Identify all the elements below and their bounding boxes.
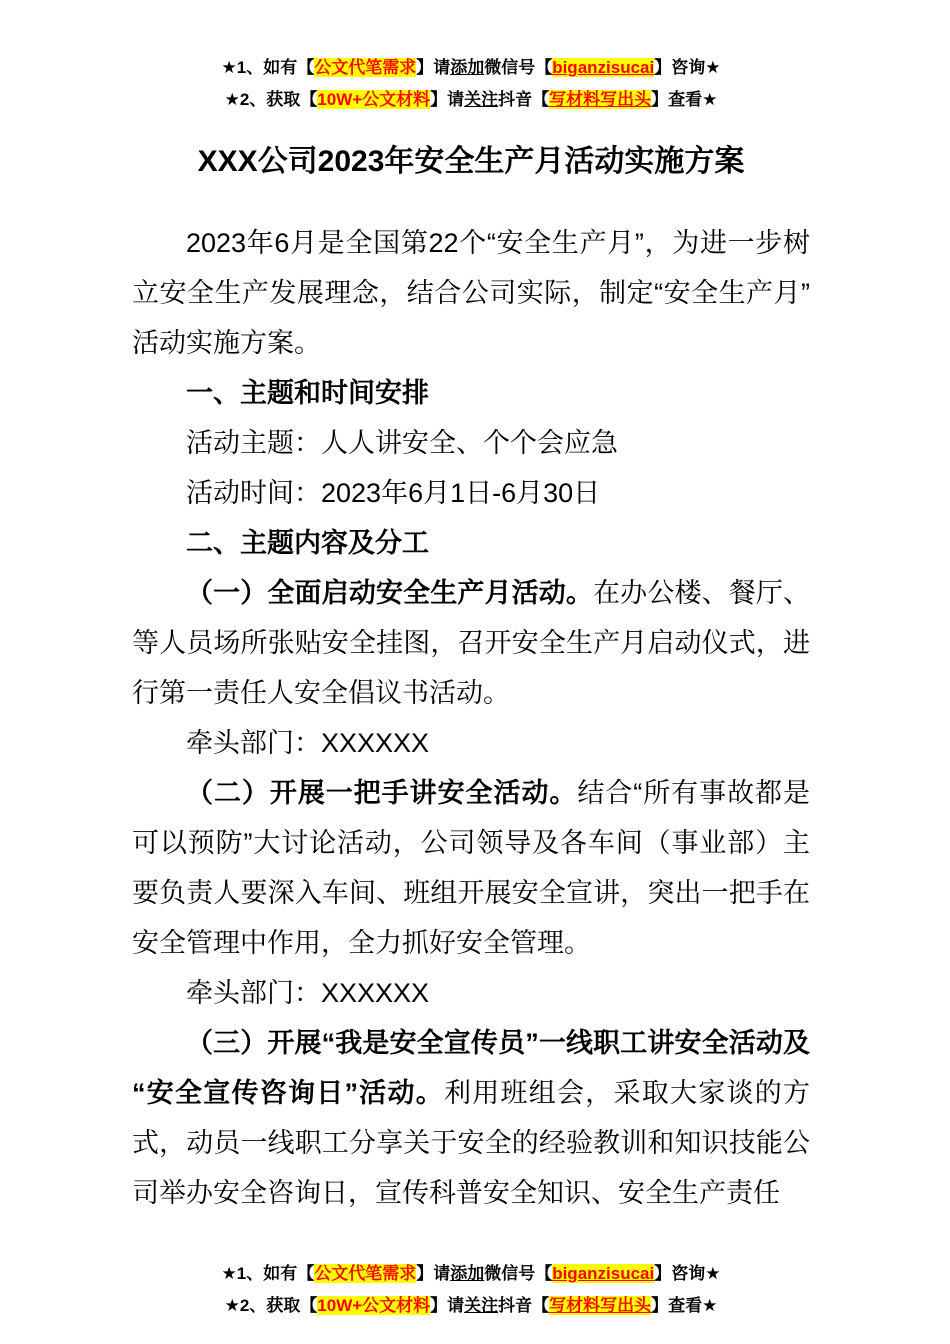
banner-text: 】查看★: [651, 90, 717, 109]
banner-highlight-text: 10W+公文材料: [317, 1296, 430, 1315]
banner-highlight-text: 10W+公文材料: [317, 90, 430, 109]
document-title: XXX公司2023年安全生产月活动实施方案: [132, 142, 810, 182]
item2-lead: （二）开展一把手讲安全活动。: [186, 778, 577, 808]
banner-douyin-id: 写材料写出头: [549, 90, 651, 109]
item3-paragraph: （三）开展“我是安全宣传员”一线职工讲安全活动及“安全宣传咨询日”活动。利用班组…: [132, 1018, 810, 1218]
banner-underlined-text: 添加: [450, 1264, 484, 1283]
banner-text: 】请: [416, 1264, 450, 1283]
banner-wechat-id: biganzisucai: [552, 58, 654, 77]
banner-text: 抖音【: [498, 90, 549, 109]
banner-text: 抖音【: [498, 1296, 549, 1315]
section2-heading: 二、主题内容及分工: [132, 518, 810, 568]
banner-text: 】请: [416, 58, 450, 77]
banner-underlined-text: 添加: [450, 58, 484, 77]
item2-department-line: 牵头部门：XXXXXX: [132, 968, 810, 1018]
banner-top-line-1: ★1、如有【公文代笔需求】请添加微信号【biganzisucai】咨询★: [132, 52, 810, 84]
banner-text: 】查看★: [651, 1296, 717, 1315]
activity-time-line: 活动时间：2023年6月1日-6月30日: [132, 468, 810, 518]
item1-lead: （一）全面启动安全生产月活动。: [186, 578, 593, 608]
banner-wechat-id: biganzisucai: [552, 1264, 654, 1283]
banner-text: 】请: [430, 1296, 464, 1315]
banner-highlight-text: 公文代笔需求: [314, 1264, 416, 1283]
banner-text: 微信号【: [484, 1264, 552, 1283]
banner-text: 】咨询★: [654, 1264, 720, 1283]
section1-heading: 一、主题和时间安排: [132, 368, 810, 418]
banner-highlight-text: 公文代笔需求: [314, 58, 416, 77]
promo-banner-top: ★1、如有【公文代笔需求】请添加微信号【biganzisucai】咨询★ ★2、…: [132, 52, 810, 116]
banner-text: 】咨询★: [654, 58, 720, 77]
intro-paragraph: 2023年6月是全国第22个“安全生产月”，为进一步树立安全生产发展理念，结合公…: [132, 218, 810, 368]
banner-text: ★1、如有【: [222, 1264, 315, 1283]
banner-underlined-text: 关注: [464, 90, 498, 109]
item1-department-line: 牵头部门：XXXXXX: [132, 718, 810, 768]
banner-douyin-id: 写材料写出头: [549, 1296, 651, 1315]
banner-top-line-2: ★2、获取【10W+公文材料】请关注抖音【写材料写出头】查看★: [132, 84, 810, 116]
banner-text: ★2、获取【: [225, 1296, 318, 1315]
banner-bottom-line-1: ★1、如有【公文代笔需求】请添加微信号【biganzisucai】咨询★: [132, 1258, 810, 1290]
banner-text: ★2、获取【: [225, 90, 318, 109]
banner-text: 】请: [430, 90, 464, 109]
banner-bottom-line-2: ★2、获取【10W+公文材料】请关注抖音【写材料写出头】查看★: [132, 1290, 810, 1322]
promo-banner-bottom: ★1、如有【公文代笔需求】请添加微信号【biganzisucai】咨询★ ★2、…: [132, 1258, 810, 1322]
item2-paragraph: （二）开展一把手讲安全活动。结合“所有事故都是可以预防”大讨论活动，公司领导及各…: [132, 768, 810, 968]
item1-paragraph: （一）全面启动安全生产月活动。在办公楼、餐厅、等人员场所张贴安全挂图，召开安全生…: [132, 568, 810, 718]
activity-theme-line: 活动主题：人人讲安全、个个会应急: [132, 418, 810, 468]
banner-underlined-text: 关注: [464, 1296, 498, 1315]
banner-text: ★1、如有【: [222, 58, 315, 77]
document-body: 2023年6月是全国第22个“安全生产月”，为进一步树立安全生产发展理念，结合公…: [132, 218, 810, 1218]
document-page: ★1、如有【公文代笔需求】请添加微信号【biganzisucai】咨询★ ★2、…: [0, 0, 950, 1344]
banner-text: 微信号【: [484, 58, 552, 77]
